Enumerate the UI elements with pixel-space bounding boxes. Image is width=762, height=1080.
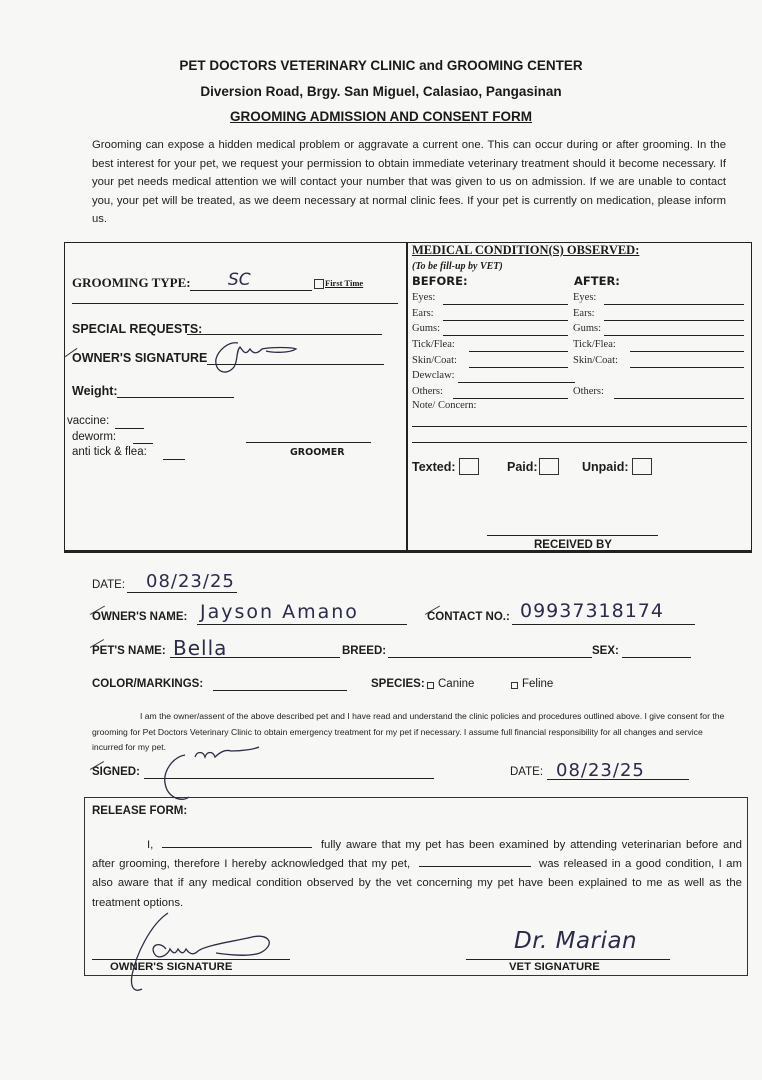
owner-name-field[interactable] [197,624,407,625]
clinic-name: PET DOCTORS VETERINARY CLINIC and GROOMI… [0,58,762,73]
before-field-label: Skin/Coat: [412,355,457,366]
consent-signature-scribble [155,745,265,805]
species-canine-checkbox[interactable] [427,682,434,689]
form-title: GROOMING ADMISSION AND CONSENT FORM [0,109,762,124]
sex-field[interactable] [622,657,691,658]
before-field-label: Others: [412,386,443,397]
after-field-label: Eyes: [573,292,596,303]
owner-name-value: Jayson Amano [200,601,359,623]
received-by-field[interactable] [487,535,658,536]
texted-label: Texted: [412,460,456,474]
after-field-label: Skin/Coat: [573,355,618,366]
owner-signature-scribble [200,337,300,382]
texted-checkbox[interactable] [459,458,479,475]
before-field-input[interactable] [443,335,569,336]
anti-tick-label: anti tick & flea: [72,446,147,458]
color-markings-field[interactable] [213,690,347,691]
medical-title: MEDICAL CONDITION(S) OBSERVED: [412,243,639,258]
groomer-signature-field[interactable] [246,442,371,443]
vaccine-field[interactable] [115,428,144,429]
vet-signature-value: Dr. Marian [514,928,637,954]
before-field-label: Eyes: [412,292,435,303]
note-line-1[interactable] [412,426,747,427]
pet-name-value: Bella [173,636,227,660]
paid-label: Paid: [507,460,538,474]
special-requests-field[interactable] [187,334,382,335]
species-feline-label: Feline [522,678,553,690]
release-owner-signature-scribble [120,905,290,1000]
clinic-address: Diversion Road, Brgy. San Miguel, Calasi… [0,84,762,99]
deworm-label: deworm: [72,431,116,443]
medical-subtitle: (To be fill-up by VET) [412,261,503,272]
contact-field[interactable] [512,624,695,625]
unpaid-checkbox[interactable] [632,458,652,475]
grooming-type-value: SC [228,270,251,290]
vaccine-label: vaccine: [67,415,109,427]
anti-tick-field[interactable] [163,459,185,460]
after-field-label: Ears: [573,308,595,319]
grooming-type-field[interactable] [190,290,312,291]
signed-label: SIGNED: [92,766,140,778]
date-value: 08/23/25 [146,571,235,592]
received-by-label: RECEIVED BY [534,539,612,551]
before-field-input[interactable] [469,351,568,352]
paid-checkbox[interactable] [539,458,559,475]
contact-value: 09937318174 [520,600,664,622]
weight-field[interactable] [117,397,234,398]
box-divider [406,242,408,553]
weight-label: Weight: [72,384,118,398]
breed-label: BREED: [342,645,386,657]
release-owner-name-field[interactable] [162,837,312,848]
grooming-type-extra-line[interactable] [72,303,398,304]
after-field-input[interactable] [614,398,744,399]
deworm-field[interactable] [133,443,153,444]
before-field-label: Ears: [412,308,434,319]
vet-signature-label: VET SIGNATURE [509,961,600,973]
special-requests-label: SPECIAL REQUESTS: [72,322,202,336]
consent-date-label: DATE: [510,766,543,778]
intro-paragraph: Grooming can expose a hidden medical pro… [92,136,726,229]
vet-signature-field[interactable] [466,959,670,960]
first-time-checkbox[interactable] [314,279,324,289]
after-field-input[interactable] [630,351,744,352]
after-field-label: Gums: [573,323,601,334]
before-field-input[interactable] [443,304,569,305]
owner-name-label: OWNER'S NAME: [92,611,187,623]
before-field-input[interactable] [469,367,568,368]
before-field-input[interactable] [458,382,575,383]
species-feline-checkbox[interactable] [511,682,518,689]
after-field-input[interactable] [604,335,745,336]
species-canine-label: Canine [438,678,474,690]
before-field-label: Dewclaw: [412,370,455,381]
after-label: AFTER: [574,274,620,288]
release-paragraph: I, fully aware that my pet has been exam… [92,836,742,913]
contact-label: CONTACT NO.: [427,611,510,623]
before-field-label: Gums: [412,323,440,334]
breed-field[interactable] [388,657,592,658]
unpaid-label: Unpaid: [582,460,629,474]
before-label: BEFORE: [412,274,468,288]
release-form-title: RELEASE FORM: [92,805,187,817]
owner-signature-label: OWNER'S SIGNATURE [72,351,207,365]
species-label: SPECIES: [371,678,425,690]
after-field-label: Tick/Flea: [573,339,616,350]
after-field-input[interactable] [604,320,745,321]
date-label: DATE: [92,579,125,591]
before-field-label: Tick/Flea: [412,339,455,350]
date-field[interactable] [127,592,237,593]
color-markings-label: COLOR/MARKINGS: [92,678,203,690]
pet-name-label: PET'S NAME: [92,645,166,657]
grooming-type-label: GROOMING TYPE: [72,275,191,291]
note-concern-label: Note/ Concern: [412,400,476,411]
groomer-label: GROOMER [290,447,345,458]
first-time-label: First Time [325,278,363,288]
before-field-input[interactable] [453,398,568,399]
before-field-input[interactable] [443,320,569,321]
release-text-1: I, [147,839,153,851]
after-field-label: Others: [573,386,604,397]
consent-date-value: 08/23/25 [556,760,645,781]
after-field-input[interactable] [604,304,745,305]
sex-label: SEX: [592,645,619,657]
note-line-2[interactable] [412,442,747,443]
after-field-input[interactable] [630,367,744,368]
release-pet-name-field[interactable] [419,856,531,867]
